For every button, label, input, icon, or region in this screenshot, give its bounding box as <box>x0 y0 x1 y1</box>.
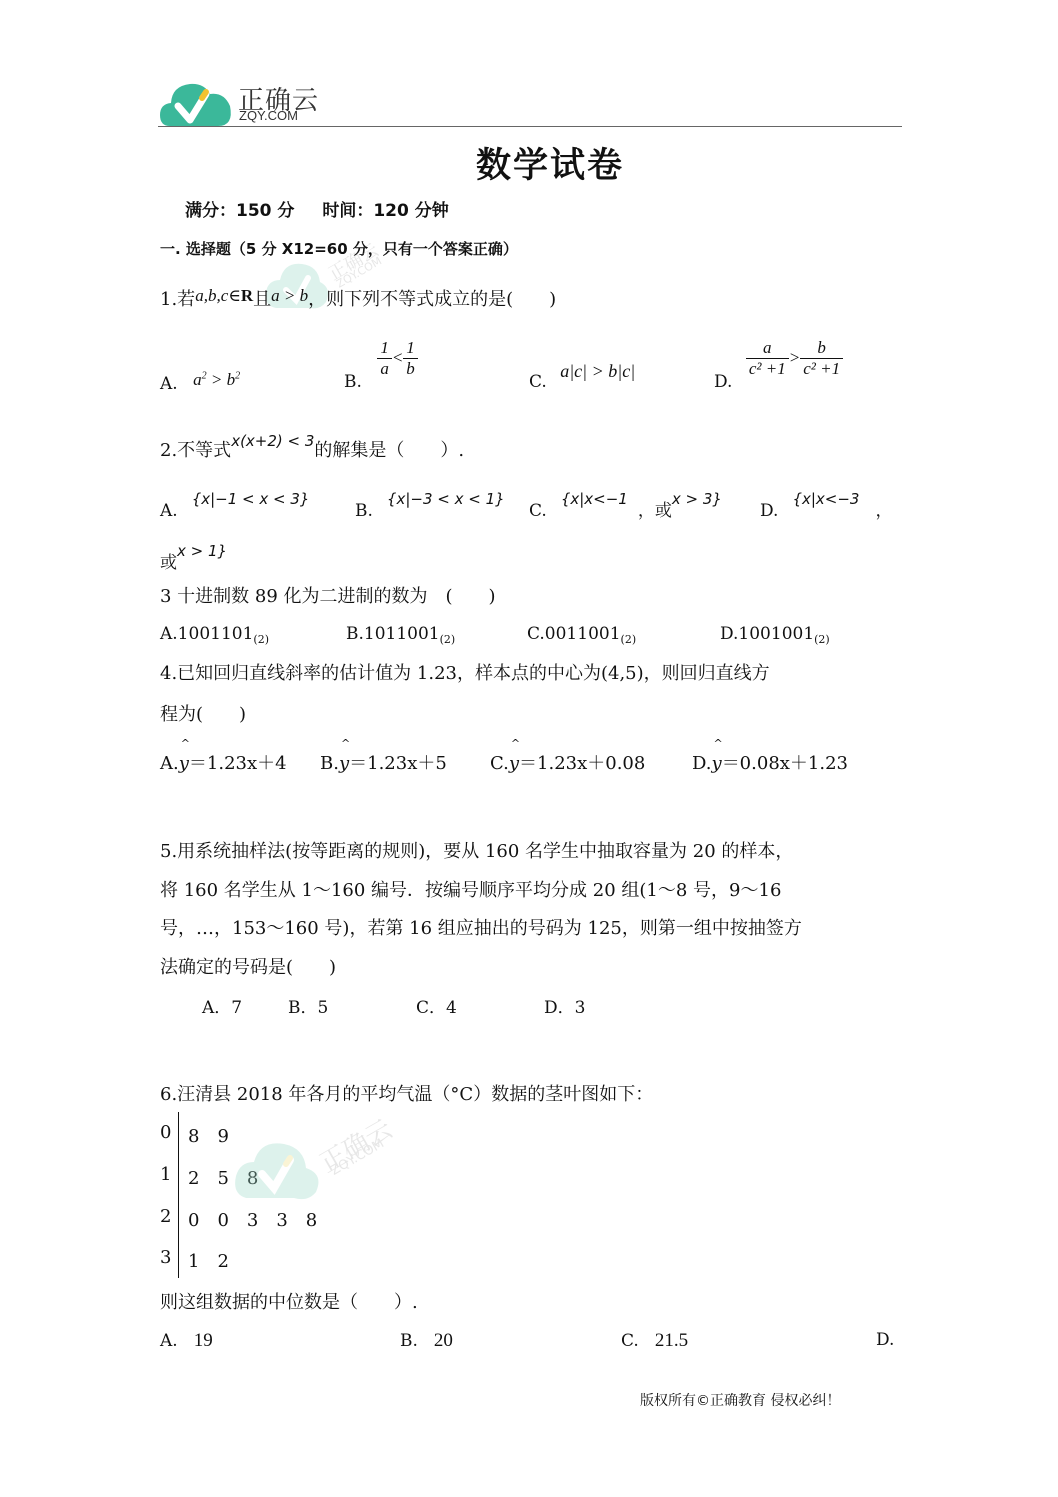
q1-option-b[interactable]: B. 1a<1b <box>344 338 418 392</box>
question-6: 6.汪清县 2018 年各月的平均气温（°C）数据的茎叶图如下： <box>160 1080 653 1106</box>
q2-option-d-continued: 或x > 1} <box>160 542 227 573</box>
leaves-0: 8 9 <box>188 1122 229 1148</box>
q1-option-a[interactable]: A. a2 > b2 <box>160 370 240 394</box>
q6-option-d[interactable]: D. <box>876 1330 894 1350</box>
q6-option-b[interactable]: B.20 <box>400 1330 453 1352</box>
question-5-line3: 号，…，153～160 号)，若第 16 组应抽出的号码为 125，则第一组中按… <box>160 914 802 940</box>
q4-option-c[interactable]: C.y＝1.23x＋0.08 <box>490 749 645 775</box>
logo-text-en: ZQY.COM <box>239 108 298 123</box>
cloud-check-icon <box>160 78 234 128</box>
brand-logo: 正确云 ZQY.COM <box>160 78 310 128</box>
stem-1: 1 <box>160 1164 171 1185</box>
q1-option-c[interactable]: C. a|c| > b|c| <box>529 360 635 392</box>
stem-0: 0 <box>160 1122 171 1143</box>
q3-option-c[interactable]: C.0011001(2) <box>527 624 636 646</box>
question-5-line4: 法确定的号码是( ) <box>160 953 336 979</box>
q6-option-a[interactable]: A.19 <box>160 1330 213 1352</box>
q4-option-d[interactable]: D.y＝0.08x＋1.23 <box>692 749 848 775</box>
q5-option-b[interactable]: B．5 <box>288 993 328 1018</box>
q2-option-c[interactable]: C.{x|x<−1，或x > 3} <box>529 490 722 521</box>
q1-option-d[interactable]: D. ac² +1>bc² +1 <box>714 338 843 392</box>
question-2: 2.不等式x(x+2) < 3的解集是（ ）. <box>160 432 464 462</box>
stem-2: 2 <box>160 1206 171 1227</box>
question-5-line1: 5.用系统抽样法(按等距离的规则)，要从 160 名学生中抽取容量为 20 的样… <box>160 837 793 863</box>
question-1: 1.若a,b,c∈R且a > b，则下列不等式成立的是( ) <box>160 285 556 311</box>
header-divider <box>158 126 902 127</box>
exam-meta: 满分：150 分 时间：120 分钟 <box>185 196 471 221</box>
full-score: 满分：150 分 <box>185 201 294 221</box>
question-5-line2: 将 160 名学生从 1～160 编号．按编号顺序平均分成 20 组(1～8 号… <box>160 876 781 902</box>
q2-option-b[interactable]: B.{x|−3 < x < 1} <box>355 490 505 521</box>
question-3: 3 十进制数 89 化为二进制的数为 ( ) <box>160 582 496 608</box>
time-limit: 时间：120 分钟 <box>322 201 448 221</box>
watermark-2: 正确云 ZQY.COM <box>228 1118 338 1212</box>
page-title: 数学试卷 <box>0 138 1058 188</box>
q4-option-b[interactable]: B.y＝1.23x＋5 <box>320 749 447 775</box>
stem-leaf-divider <box>178 1112 179 1278</box>
q3-option-a[interactable]: A.1001101(2) <box>160 624 269 646</box>
q6-option-c[interactable]: C.21.5 <box>621 1330 688 1352</box>
q4-option-a[interactable]: A.y＝1.23x＋4 <box>160 749 287 775</box>
q5-option-a[interactable]: A．7 <box>202 993 242 1018</box>
leaves-3: 1 2 <box>188 1247 229 1273</box>
q5-option-c[interactable]: C．4 <box>416 993 457 1018</box>
q3-option-b[interactable]: B.1011001(2) <box>346 624 455 646</box>
question-4-line2: 程为( ) <box>160 700 246 726</box>
q2-option-a[interactable]: A.{x|−1 < x < 3} <box>160 490 309 521</box>
question-4-line1: 4.已知回归直线斜率的估计值为 1.23，样本点的中心为(4,5)，则回归直线方 <box>160 659 770 685</box>
stem-3: 3 <box>160 1247 171 1268</box>
q2-option-d[interactable]: D.{x|x<−3， <box>760 490 892 521</box>
copyright-footer: 版权所有©正确教育 侵权必纠！ <box>640 1390 840 1410</box>
question-6-prompt: 则这组数据的中位数是（ ）. <box>160 1288 418 1314</box>
q5-option-d[interactable]: D．3 <box>544 993 585 1018</box>
q3-option-d[interactable]: D.1001001(2) <box>720 624 830 646</box>
